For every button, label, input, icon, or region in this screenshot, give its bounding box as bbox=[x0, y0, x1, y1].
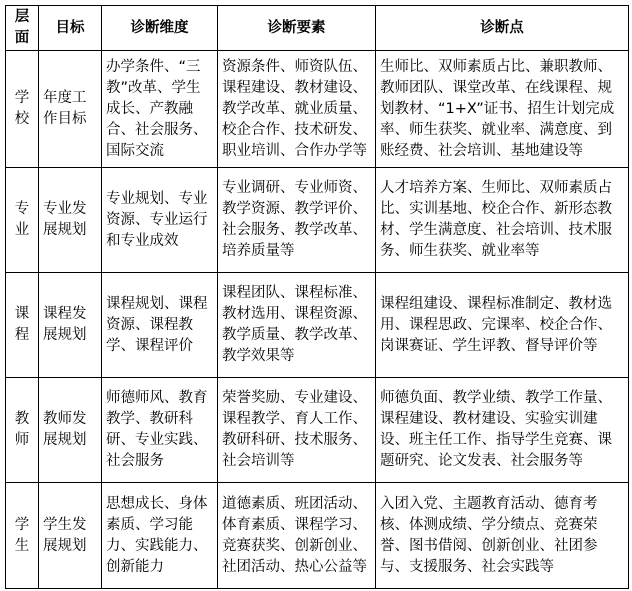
table-row-school: 学校 年度工作目标 办学条件、“三教”改革、学生成长、产教融合、社会服务、国际交… bbox=[6, 51, 629, 168]
cell-level: 教师 bbox=[6, 378, 39, 483]
cell-goal: 学生发展规划 bbox=[39, 483, 102, 589]
cell-dimension: 思想成长、身体素质、学习能力、实践能力、创新能力 bbox=[102, 483, 218, 589]
cell-goal: 课程发展规划 bbox=[39, 273, 102, 378]
cell-element: 道德素质、班团活动、体育素质、课程学习、竞赛获奖、创新创业、社团活动、热心公益等 bbox=[218, 483, 376, 589]
diagnosis-table: 层面 目标 诊断维度 诊断要素 诊断点 学校 年度工作目标 办学条件、“三教”改… bbox=[5, 5, 629, 589]
cell-dimension: 专业规划、专业资源、专业运行和专业成效 bbox=[102, 168, 218, 273]
cell-point: 生师比、双师素质占比、兼职教师、教师团队、课堂改革、在线课程、规划教材、“1+X… bbox=[376, 51, 629, 168]
cell-point: 人才培养方案、生师比、双师素质占比、实训基地、校企合作、新形态教材、学生满意度、… bbox=[376, 168, 629, 273]
cell-goal: 专业发展规划 bbox=[39, 168, 102, 273]
header-element: 诊断要素 bbox=[218, 6, 376, 51]
cell-element: 荣誉奖励、专业建设、课程教学、育人工作、教研科研、技术服务、社会培训等 bbox=[218, 378, 376, 483]
cell-point: 课程组建设、课程标准制定、教材选用、课程思政、完课率、校企合作、岗课赛证、学生评… bbox=[376, 273, 629, 378]
cell-point: 师德负面、教学业绩、教学工作量、课程建设、教材建设、实验实训建设、班主任工作、指… bbox=[376, 378, 629, 483]
header-level: 层面 bbox=[6, 6, 39, 51]
table-row-course: 课程 课程发展规划 课程规划、课程资源、课程教学、课程评价 课程团队、课程标准、… bbox=[6, 273, 629, 378]
cell-element: 专业调研、专业师资、教学资源、教学评价、社会服务、教学改革、培养质量等 bbox=[218, 168, 376, 273]
cell-goal: 教师发展规划 bbox=[39, 378, 102, 483]
cell-level: 学生 bbox=[6, 483, 39, 589]
header-row: 层面 目标 诊断维度 诊断要素 诊断点 bbox=[6, 6, 629, 51]
cell-dimension: 师德师风、教育教学、教研科研、专业实践、社会服务 bbox=[102, 378, 218, 483]
cell-level: 专业 bbox=[6, 168, 39, 273]
cell-point: 入团入党、主题教育活动、德育考核、体测成绩、学分绩点、竞赛荣誉、图书借阅、创新创… bbox=[376, 483, 629, 589]
header-dimension: 诊断维度 bbox=[102, 6, 218, 51]
header-goal: 目标 bbox=[39, 6, 102, 51]
cell-level: 课程 bbox=[6, 273, 39, 378]
table-row-teacher: 教师 教师发展规划 师德师风、教育教学、教研科研、专业实践、社会服务 荣誉奖励、… bbox=[6, 378, 629, 483]
cell-level: 学校 bbox=[6, 51, 39, 168]
table-row-major: 专业 专业发展规划 专业规划、专业资源、专业运行和专业成效 专业调研、专业师资、… bbox=[6, 168, 629, 273]
cell-element: 资源条件、师资队伍、课程建设、教材建设、教学改革、就业质量、校企合作、技术研发、… bbox=[218, 51, 376, 168]
header-point: 诊断点 bbox=[376, 6, 629, 51]
cell-dimension: 课程规划、课程资源、课程教学、课程评价 bbox=[102, 273, 218, 378]
cell-goal: 年度工作目标 bbox=[39, 51, 102, 168]
cell-element: 课程团队、课程标准、教材选用、课程资源、教学质量、教学改革、教学效果等 bbox=[218, 273, 376, 378]
cell-dimension: 办学条件、“三教”改革、学生成长、产教融合、社会服务、国际交流 bbox=[102, 51, 218, 168]
table-row-student: 学生 学生发展规划 思想成长、身体素质、学习能力、实践能力、创新能力 道德素质、… bbox=[6, 483, 629, 589]
